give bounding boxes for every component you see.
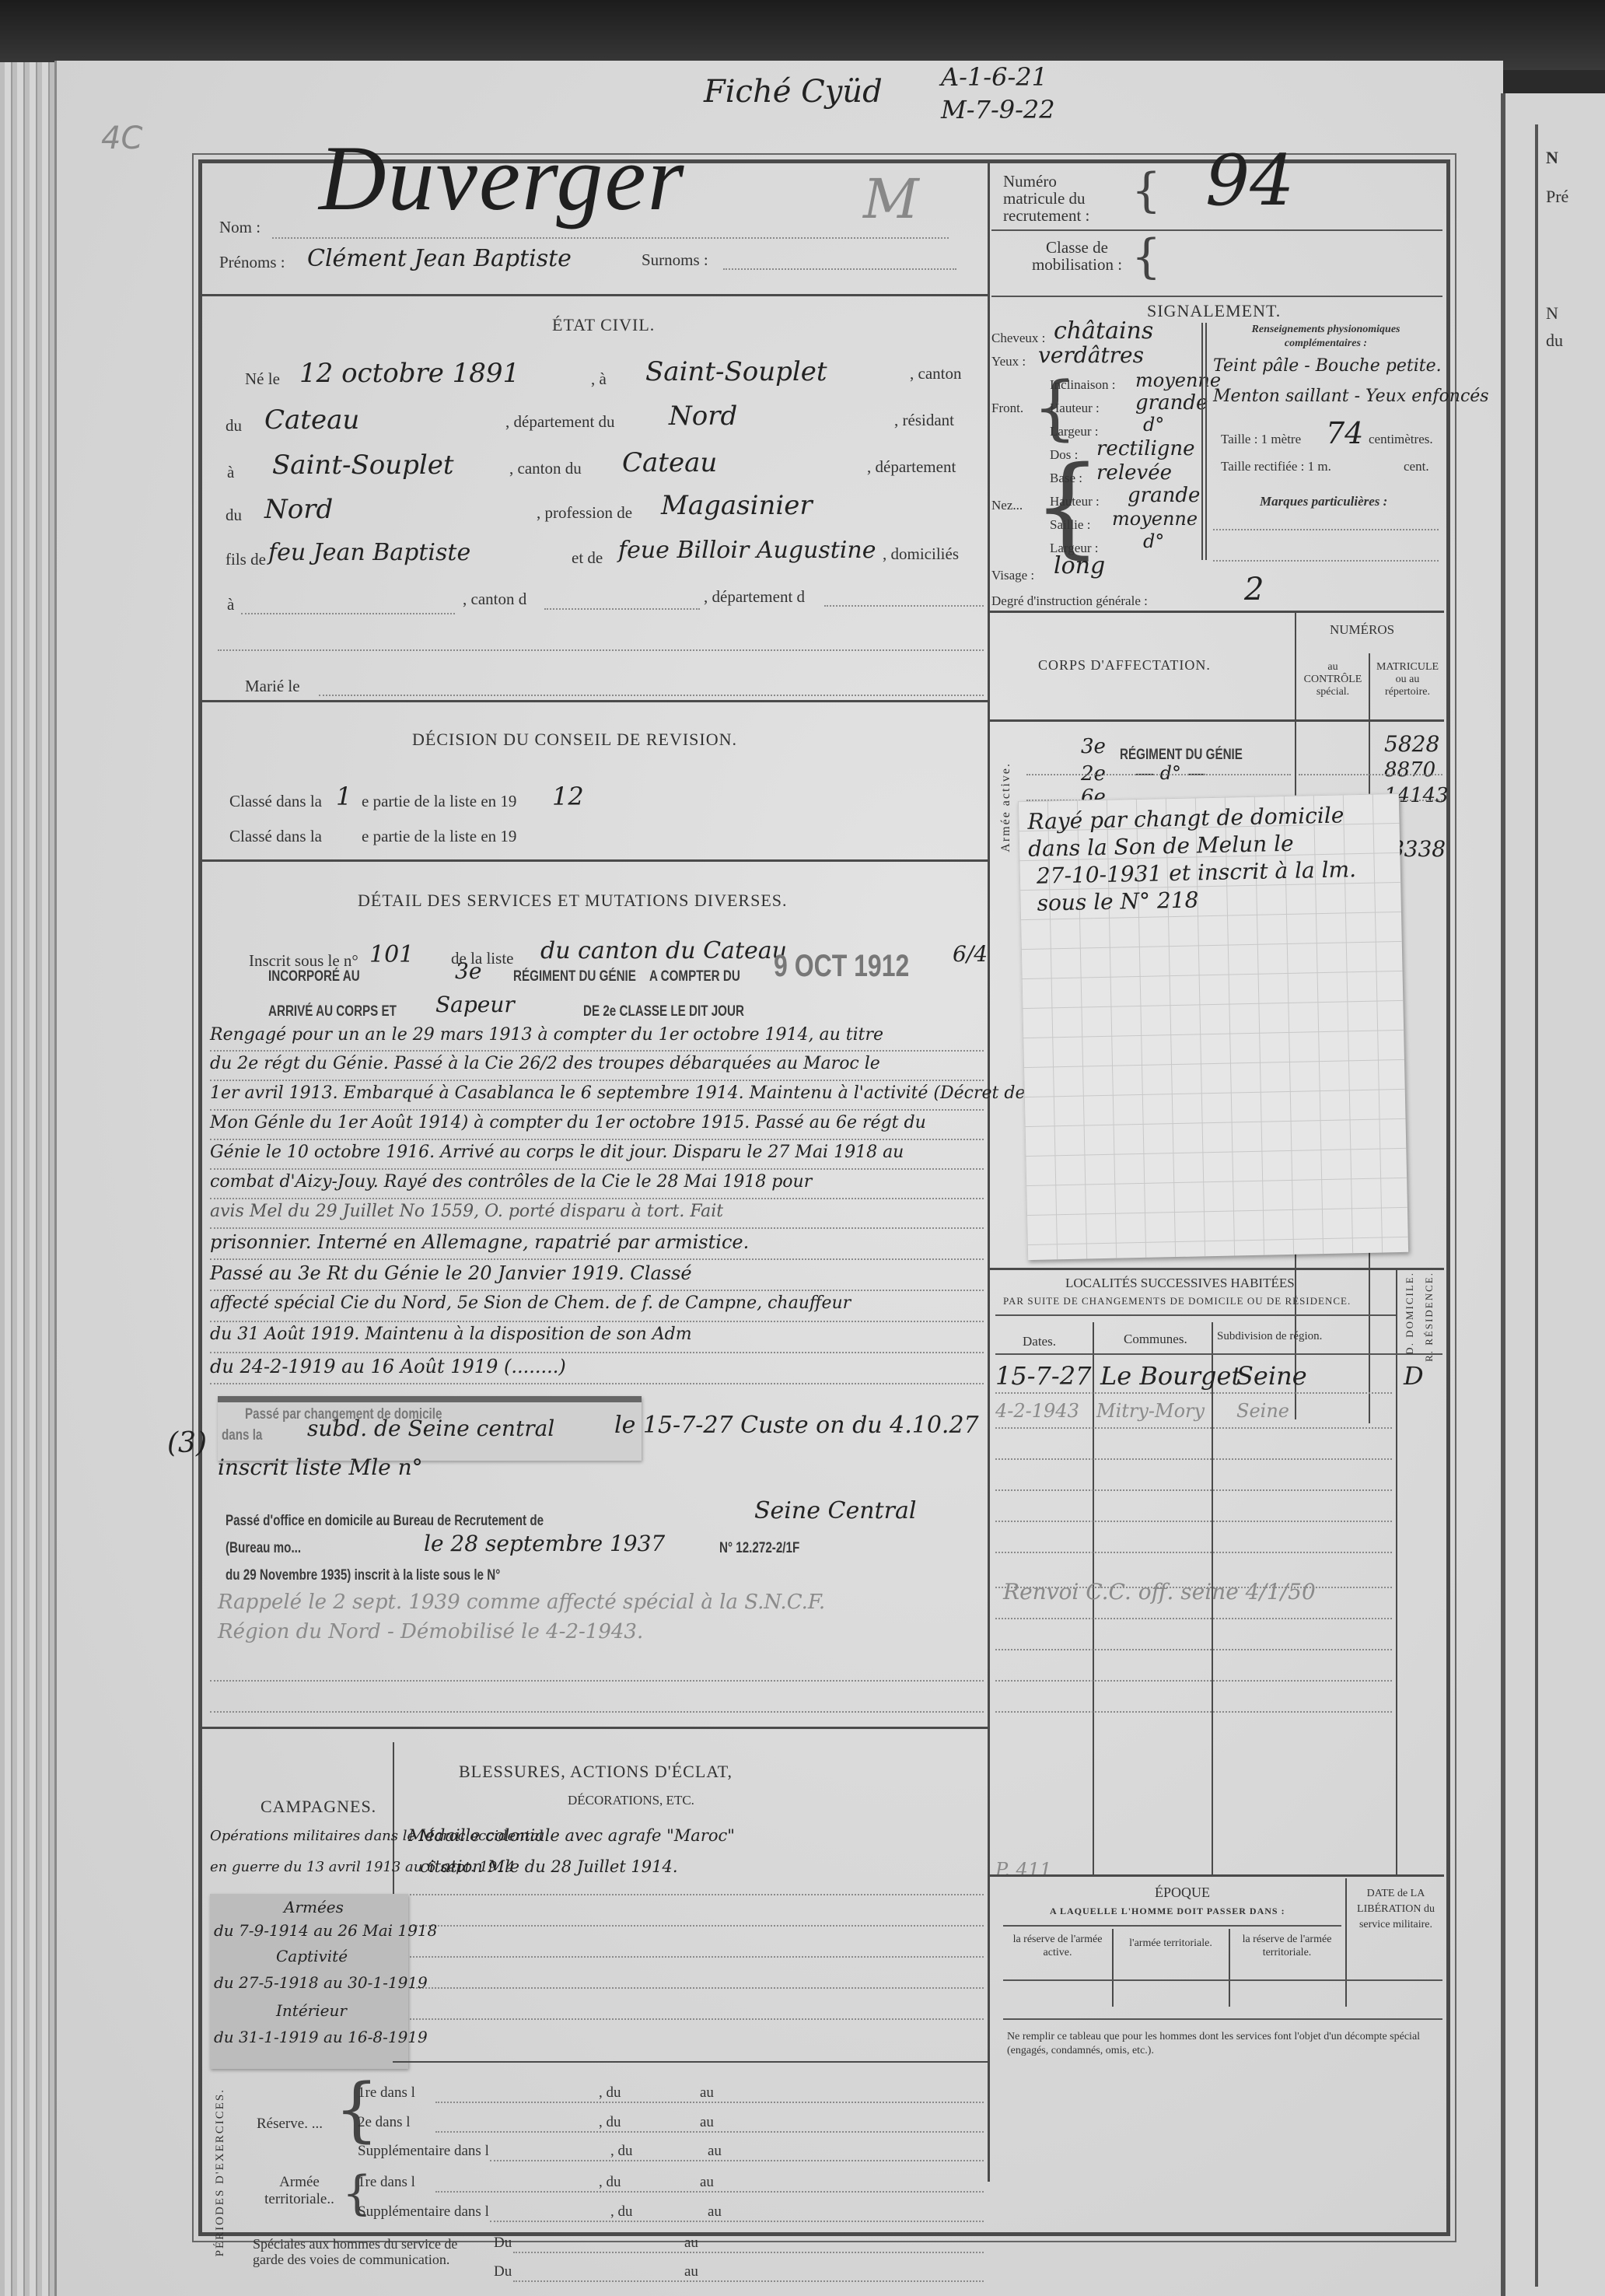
service-line: du 24-2-1919 au 16 Août 1919 (........): [210, 1356, 566, 1377]
nom-margin-mark: M: [863, 167, 919, 231]
renvoi-note: Renvoi C.C. off. seine 4/1/50: [1003, 1579, 1316, 1605]
fiche-date-1: A-1-6-21: [941, 62, 1047, 92]
campagnes-pasted-note: Armées du 7-9-1914 au 26 Mai 1918 Captiv…: [210, 1894, 408, 2069]
book-top-edge: [0, 0, 1605, 70]
renseignements-1: Teint pâle - Bouche petite.: [1213, 356, 1442, 376]
decoration: Médaille coloniale avec agrafe "Maroc": [408, 1826, 735, 1845]
residence: Saint-Souplet: [272, 450, 454, 481]
liste-value: du canton du Cateau: [540, 937, 787, 964]
conseil-title: DÉCISION DU CONSEIL DE REVISION.: [412, 730, 737, 750]
birth-canton: Cateau: [264, 404, 359, 436]
service-line: Passé au 3e Rt du Génie le 20 Janvier 19…: [210, 1262, 692, 1284]
localite-subdivision: Seine: [1236, 1361, 1307, 1391]
signalement-title: SIGNALEMENT.: [1147, 301, 1281, 321]
inscrit-num: 101: [369, 941, 414, 968]
epoque-title: ÉPOQUE: [1155, 1885, 1210, 1901]
prenoms-value: Clément Jean Baptiste: [307, 245, 572, 272]
service-line: prisonnier. Interné en Allemagne, rapatr…: [210, 1231, 749, 1253]
localite-commune: Le Bourget: [1100, 1361, 1241, 1391]
father: feu Jean Baptiste: [268, 539, 470, 566]
birth-date: 12 octobre 1891: [299, 358, 519, 389]
grade: Sapeur: [435, 992, 515, 1017]
mother: feue Billoir Augustine: [618, 537, 876, 564]
renseignements-2: Menton saillant - Yeux enfoncés: [1213, 387, 1489, 406]
fiche-date-2: M-7-9-22: [941, 95, 1055, 124]
pasted-note: Rayé par changt de domicile dans la Son …: [1018, 793, 1408, 1260]
surnoms-label: Surnoms :: [642, 250, 708, 270]
localite-date: 15-7-27: [995, 1361, 1091, 1391]
service-line: du 2e régt du Génie. Passé à la Cie 26/2…: [210, 1054, 880, 1073]
profession: Magasinier: [661, 490, 813, 521]
corner-mark: 4C: [101, 121, 142, 156]
classe-part: 1: [336, 782, 351, 811]
periodes-side-label: PÉRIODES D'EXERCICES.: [214, 2088, 227, 2256]
service-line: Mon Génle du 1er Août 1914) à compter du…: [210, 1113, 926, 1132]
blessures-title: BLESSURES, ACTIONS D'ÉCLAT,: [459, 1762, 733, 1782]
localites-title: LOCALITÉS SUCCESSIVES HABITÉES: [1065, 1276, 1295, 1291]
service-line: affecté spécial Cie du Nord, 5e Sion de …: [210, 1293, 851, 1313]
corps-affectation-title: CORPS D'AFFECTATION.: [1038, 657, 1211, 674]
service-line: avis Mel du 29 Juillet No 1559, O. porté…: [210, 1202, 723, 1221]
residence-departement: Nord: [264, 494, 333, 525]
service-line: Génie le 10 octobre 1916. Arrivé au corp…: [210, 1143, 904, 1162]
classe-year: 12: [552, 782, 584, 811]
cheveux: châtains: [1054, 317, 1153, 345]
next-page-edge: N Pré N du: [1501, 93, 1605, 2296]
nom-value: Duverger: [319, 124, 685, 232]
matricule-label: Numéro matricule du recrutement :: [1003, 173, 1120, 224]
service-line: du 31 Août 1919. Maintenu à la dispositi…: [210, 1325, 692, 1344]
matricule-form: Duverger M Nom : Prénoms : Clément Jean …: [198, 159, 1450, 2236]
prenoms-label: Prénoms :: [219, 253, 285, 272]
residence-canton: Cateau: [622, 447, 717, 478]
epoque-footnote: Ne remplir ce tableau que pour les homme…: [1007, 2030, 1442, 2058]
services-title: DÉTAIL DES SERVICES ET MUTATIONS DIVERSE…: [358, 891, 788, 911]
etat-civil-title: ÉTAT CIVIL.: [552, 315, 655, 335]
birth-place: Saint-Souplet: [645, 356, 827, 387]
visage: long: [1054, 552, 1105, 579]
instruction: 2: [1244, 572, 1264, 607]
recrutement-bureau: Seine Central: [754, 1497, 916, 1524]
taille: 74: [1326, 416, 1363, 450]
service-line: Rengagé pour un an le 29 mars 1913 à com…: [210, 1025, 883, 1045]
service-line: 1er avril 1913. Embarqué à Casablanca le…: [210, 1083, 1025, 1103]
service-line: combat d'Aizy-Jouy. Rayé des contrôles d…: [210, 1172, 812, 1192]
classe-label: Classe de mobilisation :: [1026, 239, 1128, 273]
margin-mark: (3): [167, 1427, 207, 1459]
fiche-note: Fiché Cyüd: [704, 74, 883, 110]
incorporation-date-stamp: 9 OCT 1912: [774, 949, 909, 984]
yeux: verdâtres: [1038, 342, 1144, 368]
nom-label: Nom :: [219, 218, 261, 237]
campagnes-title: CAMPAGNES.: [261, 1797, 376, 1817]
birth-departement: Nord: [669, 401, 737, 432]
matricule-value: 94: [1205, 140, 1295, 222]
